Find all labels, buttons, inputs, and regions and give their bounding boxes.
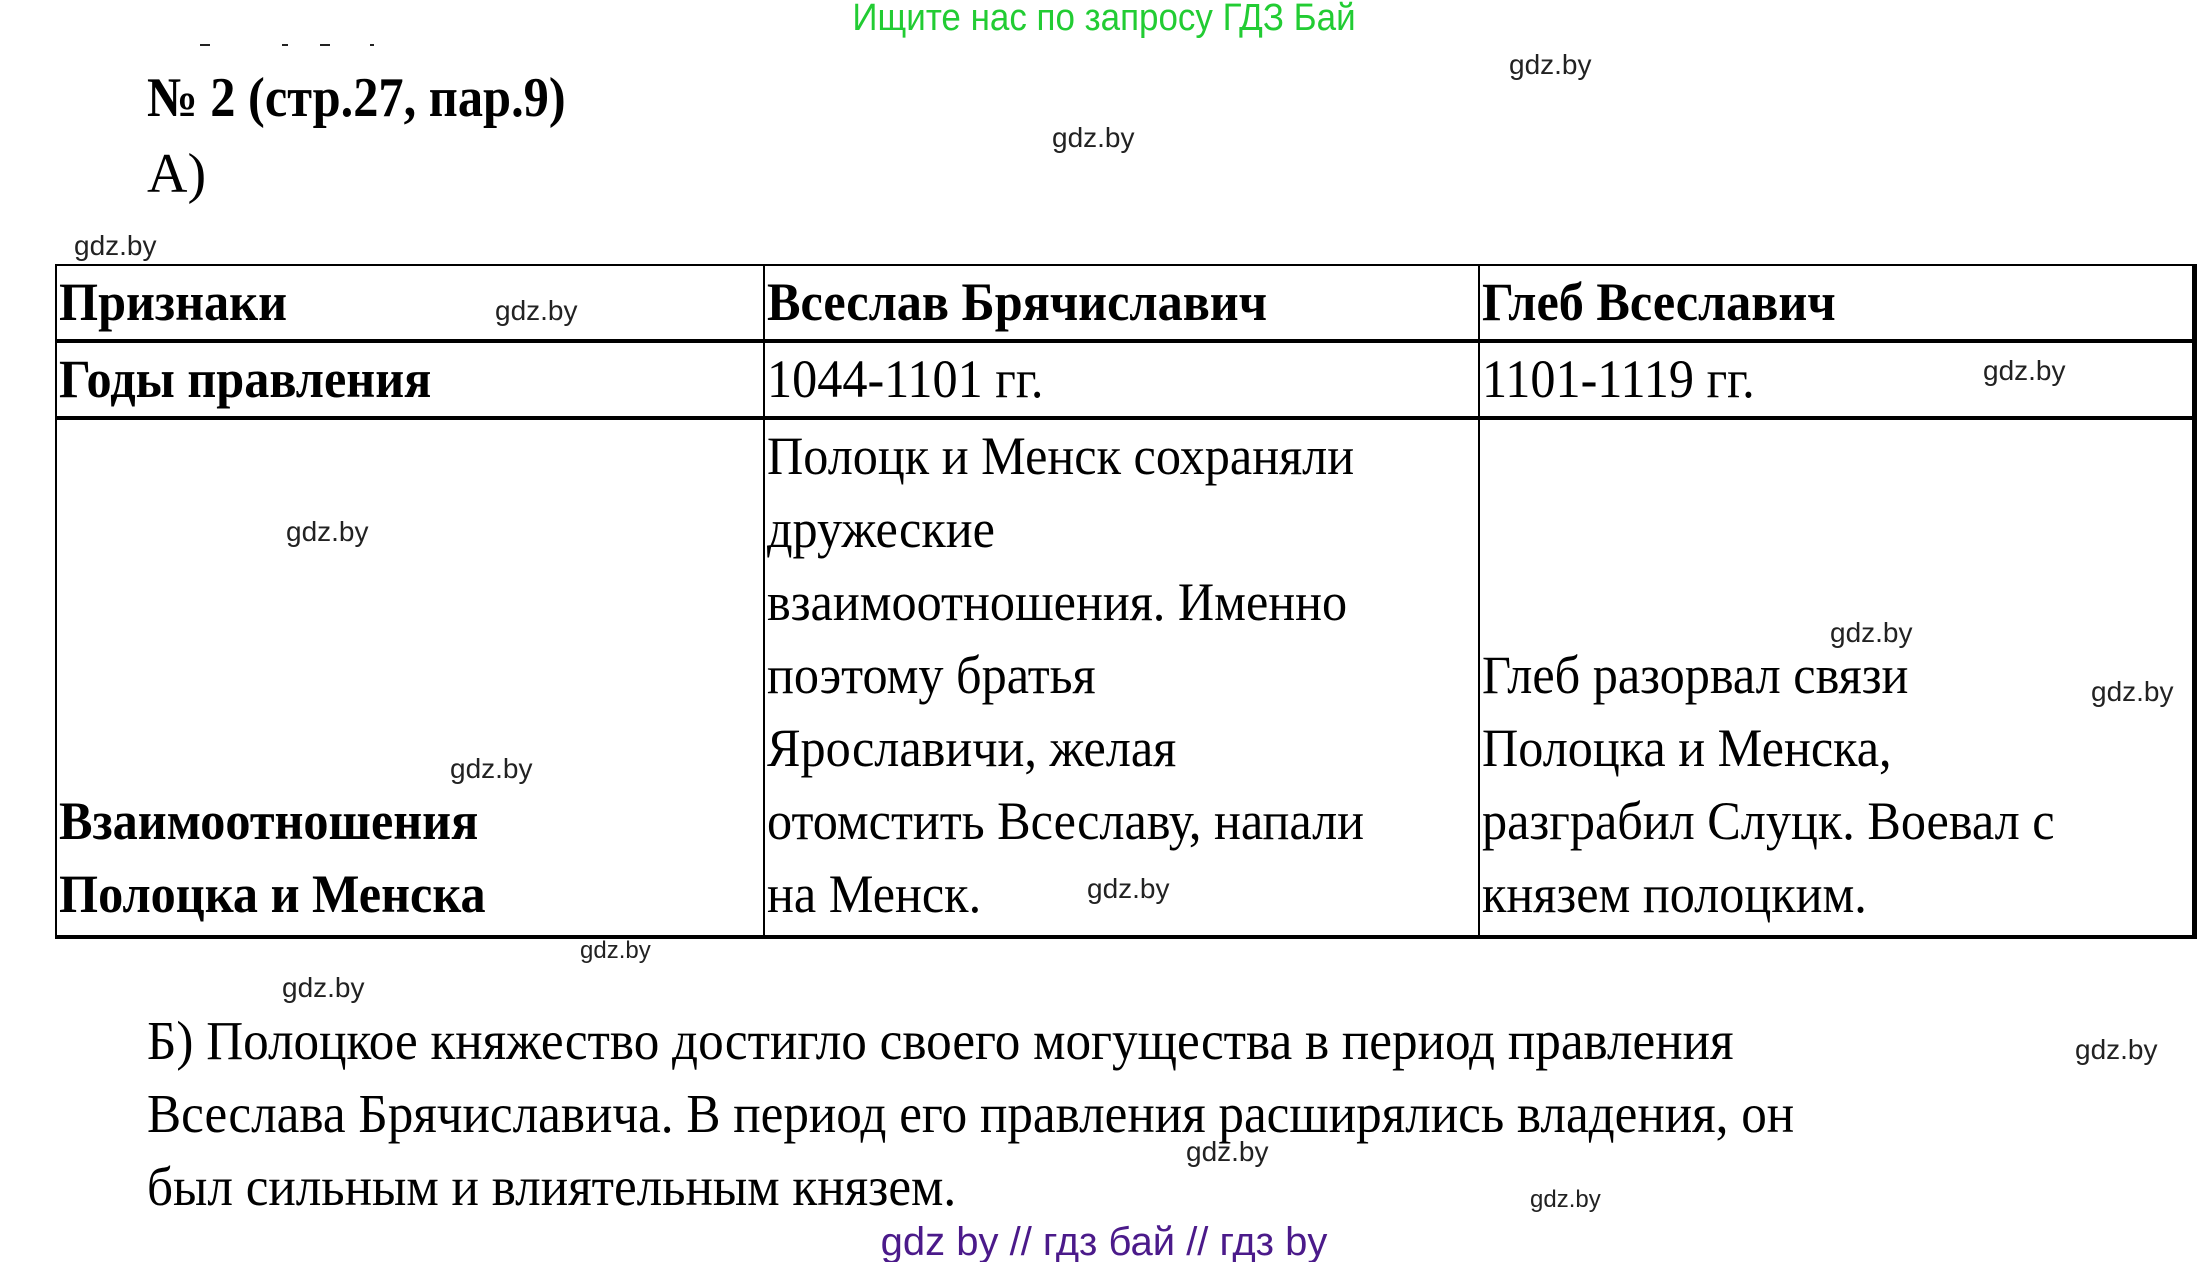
watermark: gdz.by xyxy=(450,754,533,784)
search-banner: Ищите нас по запросу ГДЗ Бай xyxy=(88,0,2119,40)
watermark: gdz.by xyxy=(495,296,578,326)
watermark: gdz.by xyxy=(2091,677,2174,707)
table-header-row: Признаки Всеслав Брячиславич Глеб Всесла… xyxy=(56,265,2194,341)
part-b-answer: Б) Полоцкое княжество достигло своего мо… xyxy=(147,1004,2127,1223)
watermark: gdz.by xyxy=(1052,123,1135,153)
table-cell: Глеб разорвал связи Полоцка и Менска, ра… xyxy=(1479,418,2194,937)
answer-line: Б) Полоцкое княжество достигло своего мо… xyxy=(147,1004,1988,1077)
watermark: gdz.by xyxy=(1186,1137,1269,1167)
watermark: gdz.by xyxy=(2075,1035,2158,1065)
watermark: gdz.by xyxy=(74,231,157,261)
watermark: gdz.by xyxy=(580,936,651,966)
row-label: Взаимоотношения Полоцка и Менска xyxy=(56,418,764,937)
comparison-table: Признаки Всеслав Брячиславич Глеб Всесла… xyxy=(55,264,2197,939)
part-a-label: А) xyxy=(147,142,206,206)
table-row: Годы правления 1044-1101 гг. 1101-1119 г… xyxy=(56,341,2194,418)
header-cell: Всеслав Брячиславич xyxy=(764,265,1479,341)
table-cell: 1101-1119 гг. xyxy=(1479,341,2194,418)
table-cell: Полоцк и Менск сохраняли дружеские взаим… xyxy=(764,418,1479,937)
answer-line: Всеслава Брячиславича. В период его прав… xyxy=(147,1077,1988,1150)
exercise-title: № 2 (стр.27, пар.9) xyxy=(147,66,566,130)
decorative-dashes xyxy=(200,44,380,48)
watermark: gdz.by xyxy=(1087,874,1170,904)
watermark: gdz.by xyxy=(1530,1185,1601,1215)
footer-links[interactable]: gdz by // гдз бай // гдз by xyxy=(0,1218,2208,1262)
watermark: gdz.by xyxy=(282,973,365,1003)
row-label: Годы правления xyxy=(56,341,764,418)
answer-line: был сильным и влиятельным князем. xyxy=(147,1150,1988,1223)
header-cell: Признаки xyxy=(56,265,764,341)
watermark: gdz.by xyxy=(286,517,369,547)
watermark: gdz.by xyxy=(1509,50,1592,80)
table-cell: 1044-1101 гг. xyxy=(764,341,1479,418)
header-cell: Глеб Всеславич xyxy=(1479,265,2194,341)
watermark: gdz.by xyxy=(1830,618,1913,648)
watermark: gdz.by xyxy=(1983,356,2066,386)
table-row: Взаимоотношения Полоцка и Менска Полоцк … xyxy=(56,418,2194,937)
